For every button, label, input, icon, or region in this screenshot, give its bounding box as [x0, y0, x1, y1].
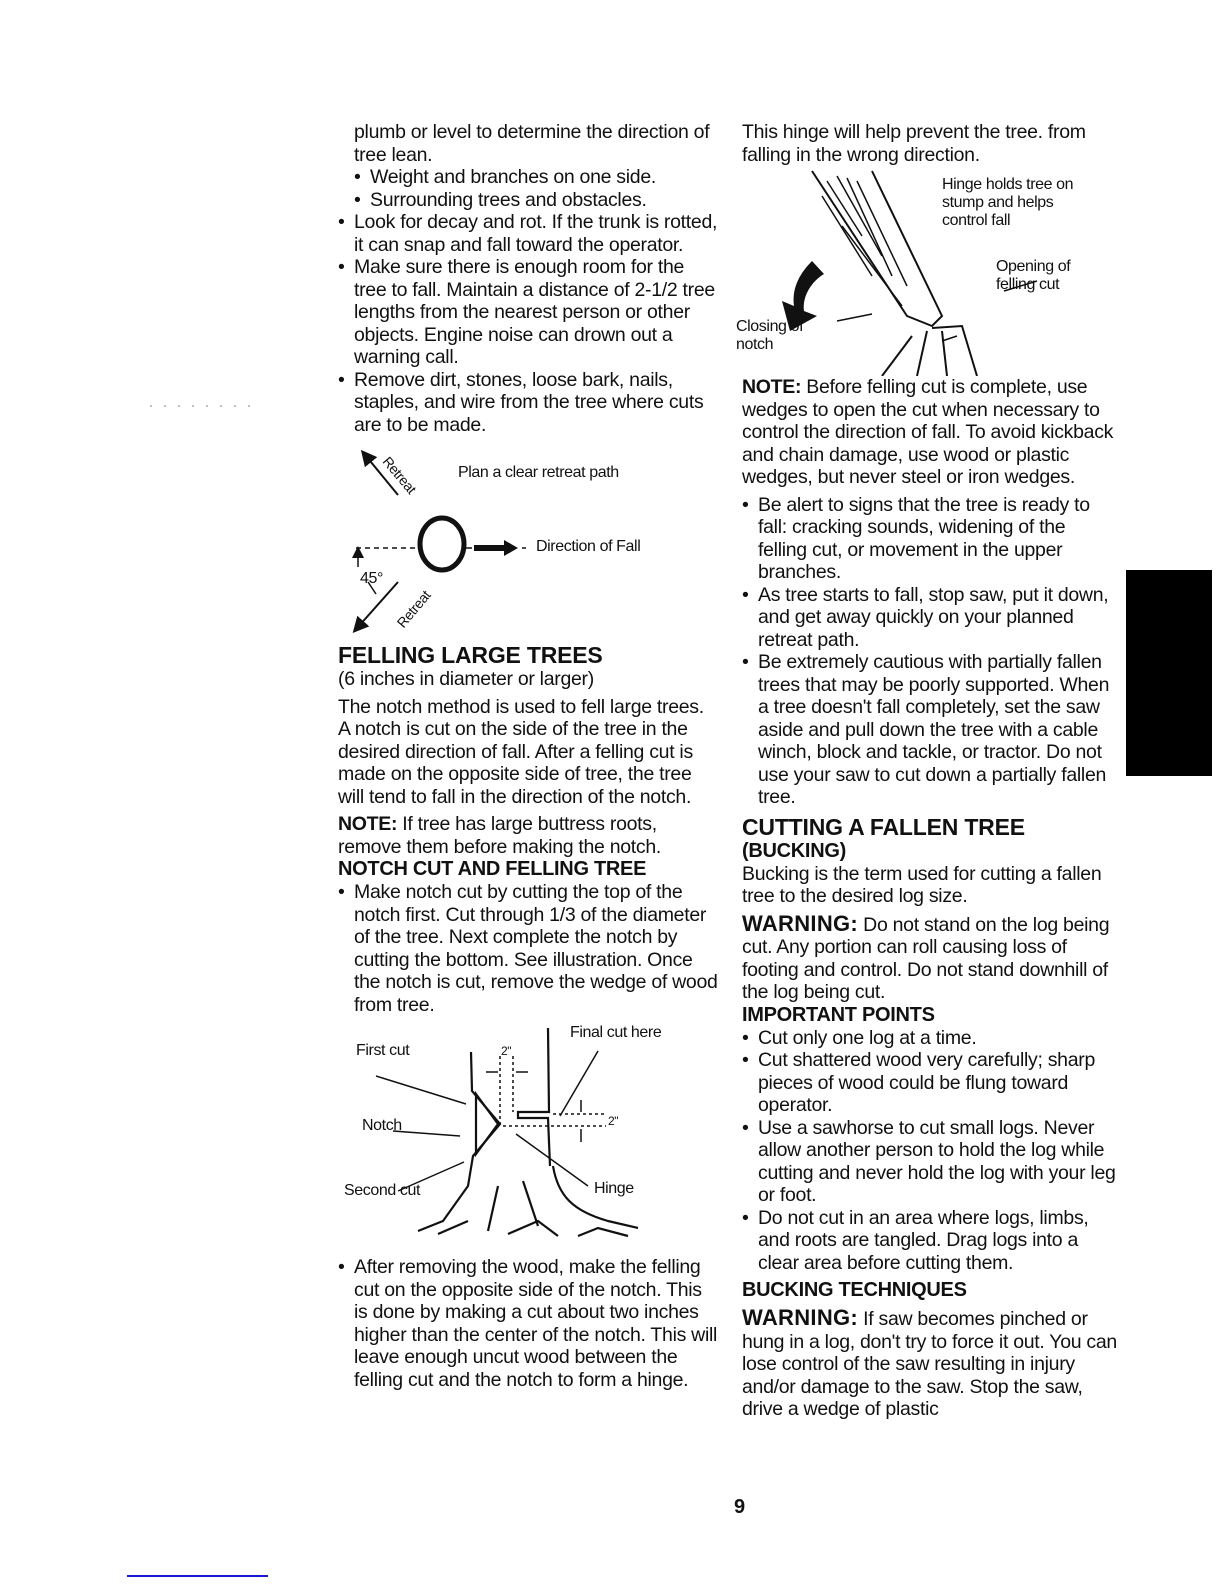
bullet-item: As tree starts to fall, stop saw, put it…: [742, 584, 1117, 652]
section-thumb-tab: [1126, 570, 1212, 776]
section-heading-bucking: CUTTING A FALLEN TREE: [742, 814, 1117, 840]
page-number: 9: [734, 1496, 745, 1519]
hinge-holds-label: Hinge holds tree on stump and helps cont…: [942, 176, 1092, 230]
note-paragraph: NOTE: Before felling cut is complete, us…: [742, 376, 1117, 489]
notch-label: Notch: [362, 1117, 402, 1135]
note-paragraph: NOTE: If tree has large buttress roots, …: [338, 813, 718, 858]
scan-noise: [150, 405, 260, 407]
bullet-item: Make notch cut by cutting the top of the…: [338, 881, 718, 1016]
bullet-item: Be alert to signs that the tree is ready…: [742, 494, 1117, 584]
felling-paragraph: The notch method is used to fell large t…: [338, 696, 718, 809]
bullet-item: Be extremely cautious with partially fal…: [742, 651, 1117, 809]
warning-paragraph: WARNING: If saw becomes pinched or hung …: [742, 1307, 1117, 1421]
intro-continuation: plumb or level to determine the directio…: [338, 121, 718, 166]
hinge-paragraph: This hinge will help prevent the tree. f…: [742, 121, 1117, 166]
dimension-mark-top: 2": [501, 1042, 511, 1060]
section-heading-felling: FELLING LARGE TREES: [338, 642, 718, 668]
direction-of-fall-label: Direction of Fall: [536, 538, 640, 556]
sub-bullet: Surrounding trees and obstacles.: [338, 189, 718, 212]
second-cut-label: Second cut: [344, 1182, 420, 1200]
warning-paragraph: WARNING: Do not stand on the log being c…: [742, 913, 1117, 1004]
dimension-mark-right: 2": [608, 1112, 618, 1130]
sub-bullet: Weight and branches on one side.: [338, 166, 718, 189]
notch-cut-figure: First cut Notch Second cut Final cut her…: [338, 1016, 718, 1246]
section-subheading: (6 inches in diameter or larger): [338, 668, 718, 691]
bullet-item: Make sure there is enough room for the t…: [338, 256, 718, 369]
note-label: NOTE:: [338, 813, 397, 835]
final-cut-label: Final cut here: [570, 1024, 661, 1042]
section-heading-important: IMPORTANT POINTS: [742, 1004, 1117, 1027]
bullet-item: Do not cut in an area where logs, limbs,…: [742, 1207, 1117, 1275]
warning-label: WARNING:: [742, 911, 858, 936]
angle-label: 45°: [360, 570, 383, 588]
note-label: NOTE:: [742, 376, 801, 398]
bullet-item: Cut only one log at a time.: [742, 1027, 1117, 1050]
section-subheading-bucking: (BUCKING): [742, 840, 1117, 863]
right-column: This hinge will help prevent the tree. f…: [742, 121, 1117, 1421]
warning-label: WARNING:: [742, 1305, 858, 1330]
hinge-label: Hinge: [594, 1180, 634, 1198]
first-cut-label: First cut: [356, 1042, 409, 1060]
left-column: plumb or level to determine the directio…: [338, 121, 718, 1391]
bucking-paragraph: Bucking is the term used for cutting a f…: [742, 863, 1117, 908]
bullet-item: Remove dirt, stones, loose bark, nails, …: [338, 369, 718, 437]
bullet-item: Look for decay and rot. If the trunk is …: [338, 211, 718, 256]
section-heading-notch: NOTCH CUT AND FELLING TREE: [338, 858, 718, 881]
bullet-item: Cut shattered wood very carefully; sharp…: [742, 1049, 1117, 1117]
retreat-path-figure: Plan a clear retreat path Retreat Direct…: [338, 442, 718, 642]
bullet-item: Use a sawhorse to cut small logs. Never …: [742, 1117, 1117, 1207]
opening-label: Opening of felling cut: [996, 258, 1091, 294]
footer-rule: [127, 1575, 268, 1577]
section-heading-techniques: BUCKING TECHNIQUES: [742, 1279, 1117, 1302]
bullet-item: After removing the wood, make the fellin…: [338, 1256, 718, 1391]
closing-label: Closing of notch: [736, 318, 806, 354]
hinge-figure: Hinge holds tree on stump and helps cont…: [742, 166, 1117, 376]
retreat-caption: Plan a clear retreat path: [458, 464, 619, 482]
